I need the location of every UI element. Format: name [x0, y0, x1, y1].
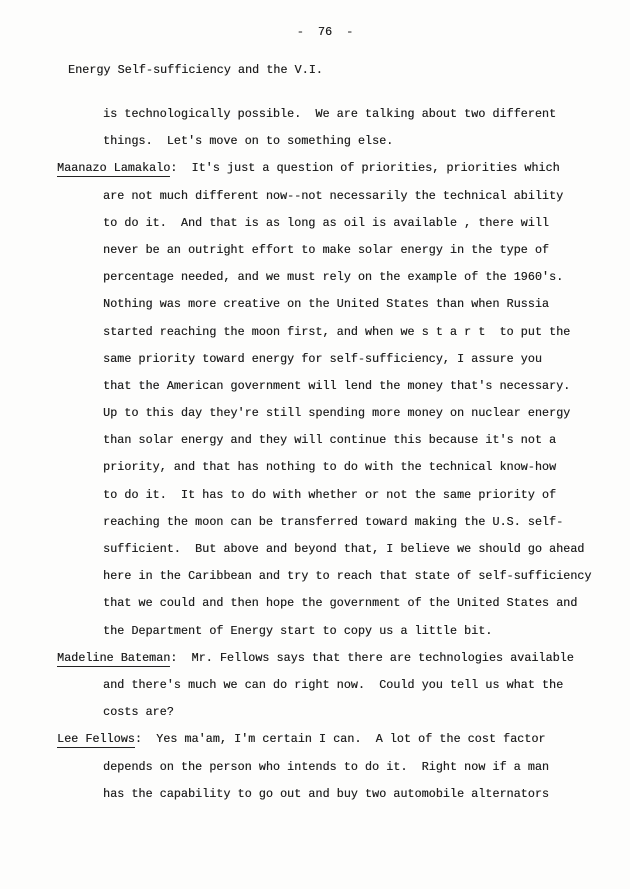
text-line: here in the Caribbean and try to reach t… — [103, 563, 630, 590]
text-line: has the capability to go out and buy two… — [103, 781, 630, 808]
paragraph: Madeline Bateman: Mr. Fellows says that … — [0, 645, 630, 727]
text-line: sufficient. But above and beyond that, I… — [103, 536, 630, 563]
dialogue-transcript: is technologically possible. We are talk… — [0, 101, 630, 808]
running-header: Energy Self-sufficiency and the V.I. — [68, 63, 323, 77]
text-line: Nothing was more creative on the United … — [103, 291, 630, 318]
speaker-name: Maanazo Lamakalo — [57, 161, 170, 177]
text-line: reaching the moon can be transferred tow… — [103, 509, 630, 536]
text-line: depends on the person who intends to do … — [103, 754, 630, 781]
speaker-name: Lee Fellows — [57, 732, 135, 748]
speaker-name: Madeline Bateman — [57, 651, 170, 667]
document-page: - 76 - Energy Self-sufficiency and the V… — [0, 0, 630, 889]
text-line: that the American government will lend t… — [103, 373, 630, 400]
speaker-line: Lee Fellows: Yes ma'am, I'm certain I ca… — [57, 726, 630, 753]
text-line: are not much different now--not necessar… — [103, 183, 630, 210]
speaker-line: Maanazo Lamakalo: It's just a question o… — [57, 155, 630, 182]
text-line: percentage needed, and we must rely on t… — [103, 264, 630, 291]
text-line: priority, and that has nothing to do wit… — [103, 454, 630, 481]
text-line: never be an outright effort to make sola… — [103, 237, 630, 264]
paragraph: Lee Fellows: Yes ma'am, I'm certain I ca… — [0, 726, 630, 808]
text-line: to do it. And that is as long as oil is … — [103, 210, 630, 237]
paragraph: is technologically possible. We are talk… — [0, 101, 630, 155]
text-line: same priority toward energy for self-suf… — [103, 346, 630, 373]
text-line: that we could and then hope the governme… — [103, 590, 630, 617]
text-line: things. Let's move on to something else. — [103, 128, 630, 155]
text-line: costs are? — [103, 699, 630, 726]
text-line: is technologically possible. We are talk… — [103, 101, 630, 128]
text-line: than solar energy and they will continue… — [103, 427, 630, 454]
text-line: and there's much we can do right now. Co… — [103, 672, 630, 699]
text-line: to do it. It has to do with whether or n… — [103, 482, 630, 509]
paragraph: Maanazo Lamakalo: It's just a question o… — [0, 155, 630, 644]
text-line: started reaching the moon first, and whe… — [103, 319, 630, 346]
page-number: - 76 - — [10, 25, 630, 39]
text-line: the Department of Energy start to copy u… — [103, 618, 630, 645]
text-line: Up to this day they're still spending mo… — [103, 400, 630, 427]
speaker-line: Madeline Bateman: Mr. Fellows says that … — [57, 645, 630, 672]
